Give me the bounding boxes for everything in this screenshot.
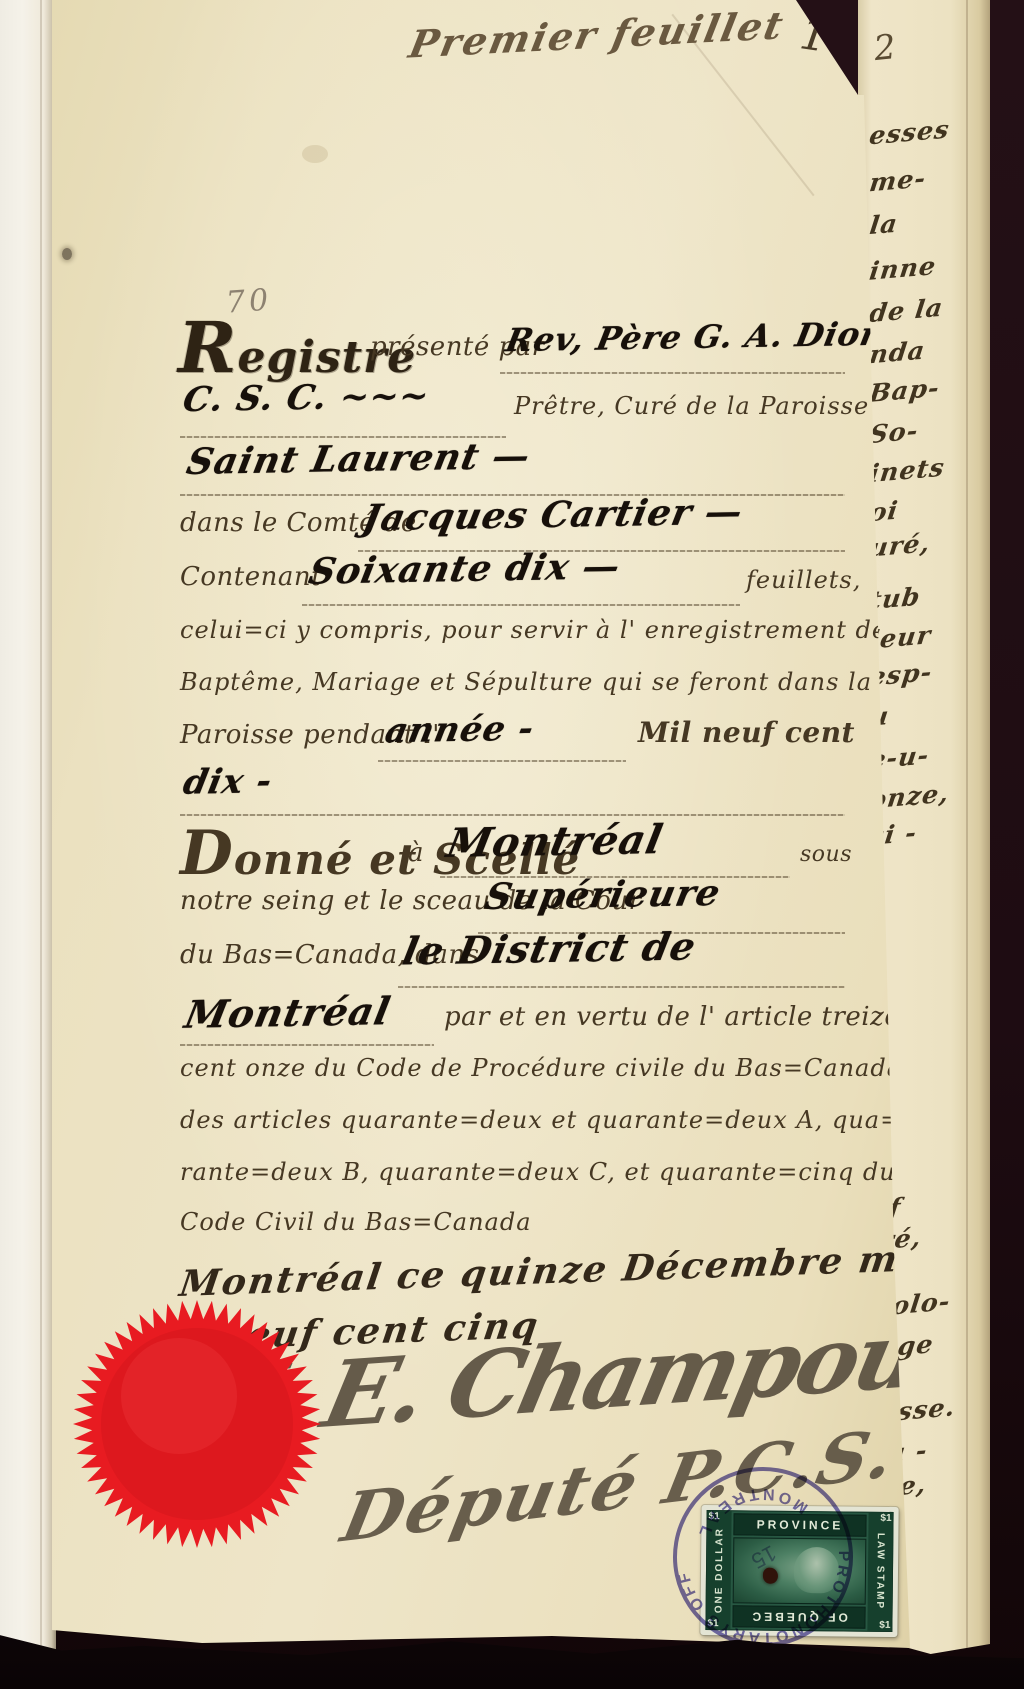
form-text-bapteme: Baptême, Mariage et Sépulture qui se fer… [180, 668, 932, 696]
ink-stain [62, 248, 72, 260]
adjacent-text-fragment: esses [868, 115, 952, 151]
form-text-code3: rante=deux B, quarante=deux C, et quaran… [180, 1158, 896, 1186]
form-label-pretre-cure: Prêtre, Curé de la Paroisse de [514, 392, 909, 420]
adjacent-text-fragment: So- [868, 416, 920, 449]
adjacent-text-fragment: inets [868, 453, 947, 488]
fill-county: Jacques Cartier — [359, 491, 747, 540]
adjacent-text-fragment: Bap- [868, 373, 942, 408]
prothonotary-date: 15 [747, 1540, 780, 1574]
adjacent-text-fragment: de la [868, 293, 945, 328]
fill-court: Supérieure [481, 872, 724, 918]
red-wafer-seal [67, 1294, 327, 1554]
form-text-code4: Code Civil du Bas=Canada [180, 1208, 532, 1236]
form-text-code1: cent onze du Code de Procédure civile du… [180, 1054, 937, 1082]
form-label-mil-neuf-cent: Mil neuf cent [638, 716, 855, 749]
blank-line-rule [180, 814, 845, 816]
adjacent-text-fragment: nda [868, 336, 927, 370]
fill-year-word: dix - [180, 761, 276, 803]
adjacent-text-fragment: inne [868, 251, 938, 286]
fill-district-city: Montréal [181, 988, 394, 1037]
form-label-vertu: par et en vertu de l' article treize [444, 1002, 900, 1032]
blank-line-rule [302, 604, 740, 606]
form-label-sous: sous [800, 842, 852, 867]
stamp-value-bottom-right: $1 [879, 1620, 890, 1631]
fill-presented-by: Rev, Père G. A. Dion [503, 315, 889, 360]
page-number: 1 [797, 8, 832, 62]
form-label-a: à [408, 838, 424, 868]
fill-sealed-at: Montréal [443, 816, 667, 867]
svg-text:MONTREAL: MONTREAL [685, 1474, 815, 1547]
prothonotary-arc-bottom: MONTREAL [685, 1474, 815, 1547]
scan-left-margin [0, 0, 56, 1689]
fill-parish-name: Saint Laurent — [183, 435, 534, 483]
law-stamp-right-band: LAW STAMP [867, 1513, 892, 1631]
seal-highlight [121, 1338, 237, 1454]
form-label-contenant: Contenant [180, 562, 322, 592]
register-scan: 2 essesme-lainnede landaBap-So-inetsoiur… [0, 0, 1024, 1689]
blank-line-rule [500, 372, 845, 374]
paper-stain [302, 145, 328, 163]
law-stamp-right-text: LAW STAMP [874, 1533, 886, 1610]
fill-sheet-count: Soixante dix — [305, 545, 624, 592]
adjacent-text-fragment: uré, [868, 528, 932, 562]
form-label-feuillets: feuillets, [746, 566, 861, 594]
fill-congregation: C. S. C. ~~~ [180, 376, 433, 420]
form-text-code2: des articles quarante=deux et quarante=d… [180, 1106, 901, 1134]
fill-annee: année - [382, 709, 538, 752]
stamp-value-top-right: $1 [880, 1513, 891, 1524]
prothonotary-stamp: PROTHONOTARYS OFFICE MONTREAL 15 [658, 1452, 868, 1662]
blank-line-rule [378, 760, 626, 762]
blank-line-rule [398, 986, 845, 988]
header-note: Premier feuillet [405, 2, 788, 66]
adjacent-text-fragment: me- [868, 164, 928, 198]
blank-line-rule [180, 1044, 434, 1046]
fill-district: le District de [399, 923, 700, 973]
adjacent-text-fragment: la [868, 209, 900, 240]
